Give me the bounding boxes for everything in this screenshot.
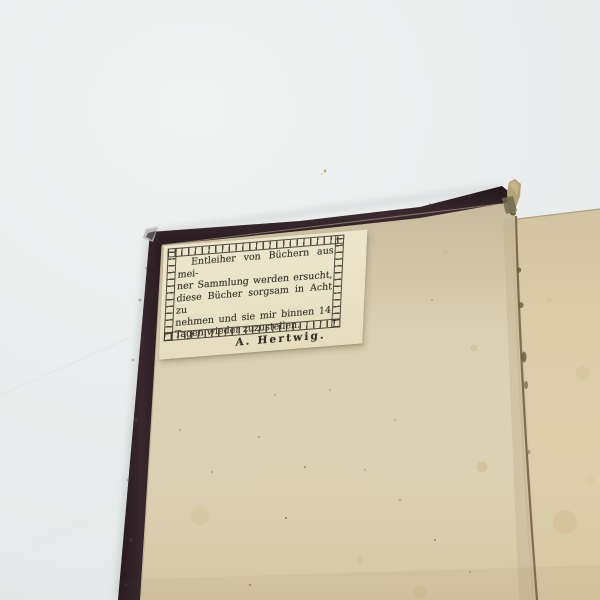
stain	[553, 510, 577, 534]
stain	[443, 250, 448, 255]
dust-speck	[321, 173, 322, 174]
stain	[576, 366, 590, 380]
stain	[190, 505, 210, 525]
bookplate-text: Entleiher von Büchern aus mei- ner Samml…	[174, 245, 334, 353]
dust-speck	[324, 170, 327, 173]
bookplate-label: Entleiher von Büchern aus mei- ner Samml…	[159, 230, 368, 360]
stain	[546, 297, 552, 303]
gutter-blob	[522, 352, 527, 363]
gutter-blob	[528, 450, 531, 454]
book-photo: Entleiher von Büchern aus mei- ner Samml…	[0, 0, 600, 600]
gutter-blob	[518, 302, 523, 308]
stain	[357, 557, 363, 563]
gutter-blob	[524, 381, 528, 389]
gutter-blob	[517, 267, 521, 272]
stain	[477, 462, 488, 473]
stain	[585, 475, 595, 485]
stain	[471, 345, 478, 352]
